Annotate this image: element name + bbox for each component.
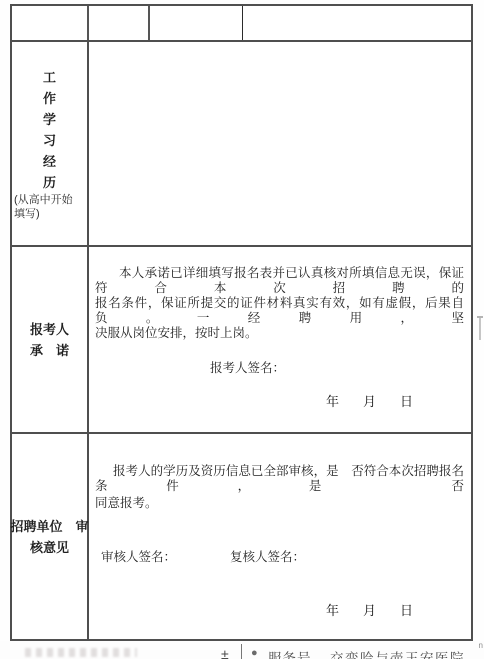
bottom-clipped-bar: ± ● 服务号 交变哈与壶王安医院 n xyxy=(0,641,484,659)
review-label: 招聘单位 审 核意见 xyxy=(12,434,89,639)
plus-icon[interactable]: ± xyxy=(221,646,229,659)
application-form-table: 工 作 学 习 经 历 (从高中开始 填写) 报考人 承 诺 本人承诺已详细填写… xyxy=(10,4,473,641)
promise-row: 报考人 承 诺 本人承诺已详细填写报名表并已认真核对所填信息无误，保证符合本次招… xyxy=(12,247,471,434)
top-empty-row xyxy=(12,6,471,42)
work-history-char: 历 xyxy=(43,172,56,193)
day-label: 日 xyxy=(400,600,413,619)
promise-label-line2: 承 诺 xyxy=(30,340,69,361)
account-avatar-icon: ● xyxy=(251,647,258,659)
work-history-char: 习 xyxy=(43,130,56,151)
applicant-signature-label: 报考人签名： xyxy=(210,358,285,376)
work-history-label: 工 作 学 习 经 历 (从高中开始 填写) xyxy=(12,42,89,245)
year-label: 年 xyxy=(326,600,339,619)
review-label-line1: 招聘单位 审 xyxy=(11,516,89,537)
work-history-char: 工 xyxy=(43,67,56,88)
work-history-char: 经 xyxy=(43,151,56,172)
year-label: 年 xyxy=(326,391,339,410)
promise-text-line1: 本人承诺已详细填写报名表并已认真核对所填信息无误，保证符合本次招聘的 xyxy=(95,266,464,296)
promise-content: 本人承诺已详细填写报名表并已认真核对所填信息无误，保证符合本次招聘的 报名条件，… xyxy=(89,247,471,432)
application-form-page: 工 作 学 习 经 历 (从高中开始 填写) 报考人 承 诺 本人承诺已详细填写… xyxy=(0,0,484,659)
month-label: 月 xyxy=(363,600,376,619)
work-history-char: 学 xyxy=(43,109,56,130)
faint-watermark xyxy=(25,648,137,657)
account-name-clipped-text: 交变哈与壶王安医院 xyxy=(330,647,465,659)
work-history-char: 作 xyxy=(43,88,56,109)
promise-text-line2: 报名条件，保证所提交的证件材料真实有效，如有虚假，后果自负。一经聘用，坚 xyxy=(95,296,464,326)
review-date-line: 年月日 xyxy=(326,600,413,619)
review-text-line2: 同意报考。 xyxy=(95,496,464,511)
promise-label: 报考人 承 诺 xyxy=(12,247,89,432)
work-history-note-line1: (从高中开始 xyxy=(12,193,87,207)
promise-text-line3: 决服从岗位安排，按时上岗。 xyxy=(95,326,464,341)
checker-signature-label: 复核人签名： xyxy=(230,547,305,565)
edge-artifact-text: n xyxy=(479,641,483,650)
work-history-row: 工 作 学 习 经 历 (从高中开始 填写) xyxy=(12,42,471,247)
reviewer-signature-label: 审核人签名： xyxy=(101,547,176,565)
day-label: 日 xyxy=(400,391,413,410)
review-row: 招聘单位 审 核意见 报考人的学历及资历信息已全部审核，是 否符合本次招聘报名条… xyxy=(12,434,471,639)
promise-label-line1: 报考人 xyxy=(30,319,69,340)
work-history-input-area[interactable] xyxy=(89,42,471,245)
top-cell-3 xyxy=(150,6,243,40)
top-cell-2 xyxy=(89,6,150,40)
review-content: 报考人的学历及资历信息已全部审核，是 否符合本次招聘报名条件，是 否 同意报考。… xyxy=(89,434,471,639)
review-text-line1: 报考人的学历及资历信息已全部审核，是 否符合本次招聘报名条件，是 否 xyxy=(95,464,464,494)
page-edge-artifact xyxy=(479,318,481,340)
top-cell-4 xyxy=(243,6,471,40)
service-account-label: 服务号 xyxy=(268,647,312,659)
work-history-note-line2: 填写) xyxy=(12,207,87,221)
review-label-line2: 核意见 xyxy=(30,537,69,558)
top-cell-1 xyxy=(12,6,89,40)
promise-date-line: 年月日 xyxy=(326,391,413,410)
month-label: 月 xyxy=(363,391,376,410)
divider xyxy=(241,644,242,659)
